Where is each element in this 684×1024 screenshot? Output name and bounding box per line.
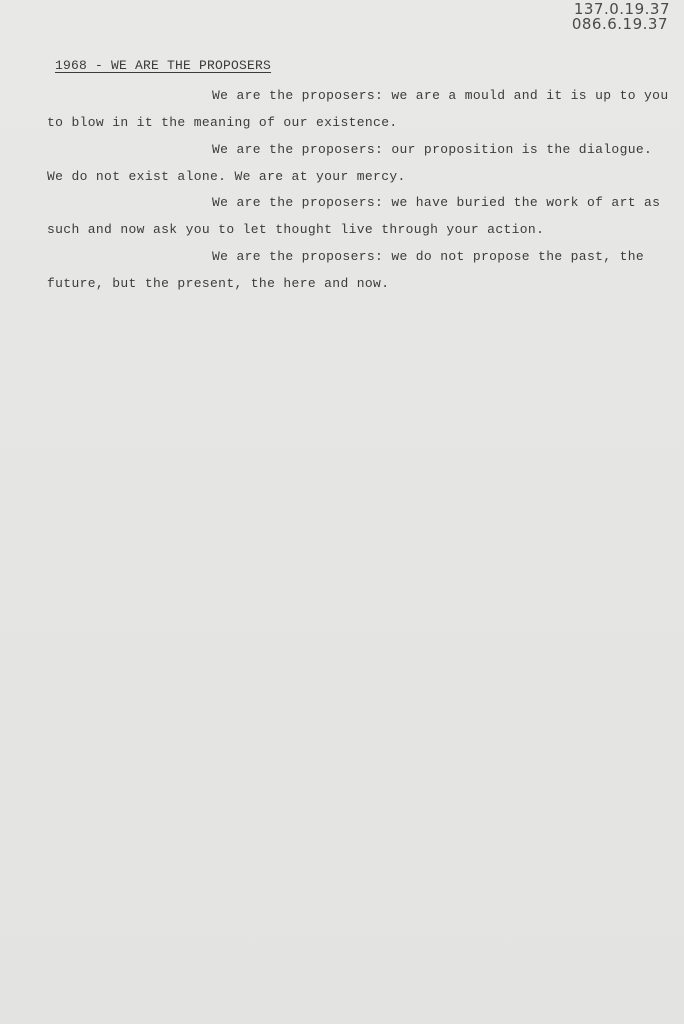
text-line-3: We are the proposers: our proposition is… [212, 142, 652, 157]
text-line-8: future, but the present, the here and no… [47, 276, 389, 291]
typewritten-page: 137.0.19.37 086.6.19.37 1968 - WE ARE TH… [0, 0, 684, 1024]
text-line-5: We are the proposers: we have buried the… [212, 195, 660, 210]
text-line-4: We do not exist alone. We are at your me… [47, 169, 406, 184]
text-line-6: such and now ask you to let thought live… [47, 222, 544, 237]
archive-number-2: 086.6.19.37 [572, 17, 670, 32]
document-title: 1968 - WE ARE THE PROPOSERS [55, 58, 271, 73]
text-line-2: to blow in it the meaning of our existen… [47, 115, 398, 130]
text-line-1: We are the proposers: we are a mould and… [212, 88, 668, 103]
archive-reference-numbers: 137.0.19.37 086.6.19.37 [572, 2, 670, 32]
text-line-7: We are the proposers: we do not propose … [212, 249, 644, 264]
